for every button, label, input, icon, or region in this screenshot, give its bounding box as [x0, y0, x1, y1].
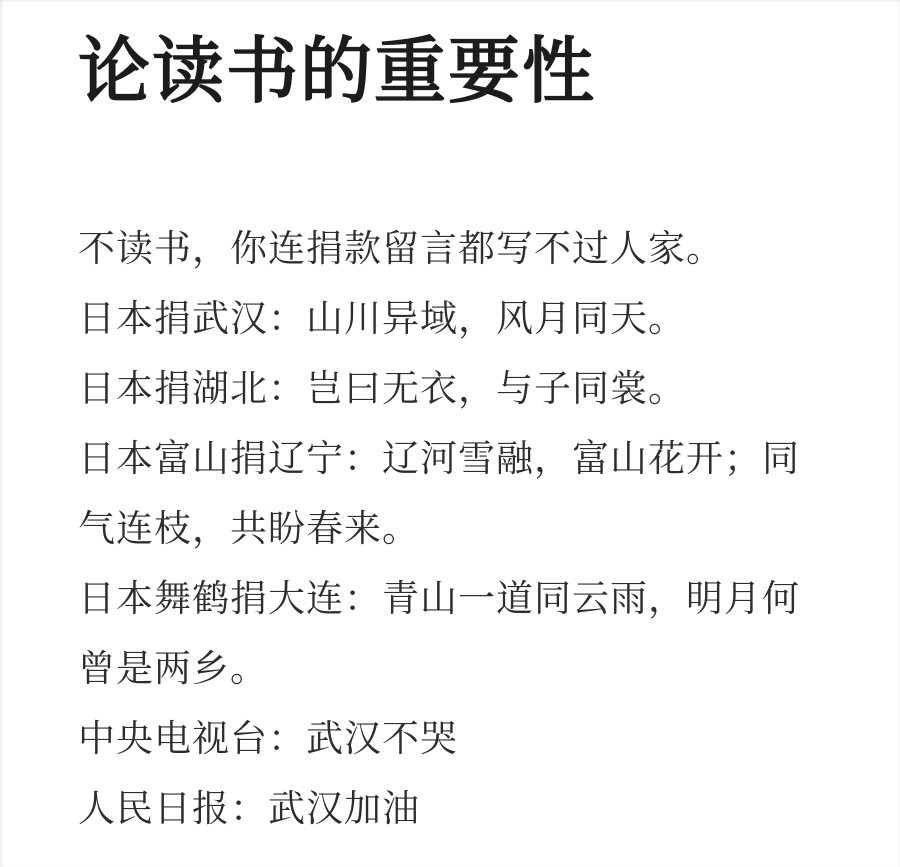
text-line-4: 日本富山捐辽宁：辽河雪融，富山花开；同 — [78, 424, 900, 494]
text-line-6: 日本舞鹤捐大连：青山一道同云雨，明月何 — [78, 564, 900, 634]
document-title: 论读书的重要性 — [78, 24, 900, 120]
text-line-5: 气连枝，共盼春来。 — [78, 494, 900, 564]
text-line-9: 人民日报：武汉加油 — [78, 774, 900, 844]
text-line-8: 中央电视台：武汉不哭 — [78, 704, 900, 774]
text-line-3: 日本捐湖北：岂曰无衣，与子同裳。 — [78, 354, 900, 424]
text-line-7: 曾是两乡。 — [78, 634, 900, 704]
document-body: 不读书，你连捐款留言都写不过人家。 日本捐武汉：山川异域，风月同天。 日本捐湖北… — [78, 214, 900, 844]
document-page: 论读书的重要性 不读书，你连捐款留言都写不过人家。 日本捐武汉：山川异域，风月同… — [0, 0, 900, 867]
text-line-2: 日本捐武汉：山川异域，风月同天。 — [78, 284, 900, 354]
text-line-1: 不读书，你连捐款留言都写不过人家。 — [78, 214, 900, 284]
